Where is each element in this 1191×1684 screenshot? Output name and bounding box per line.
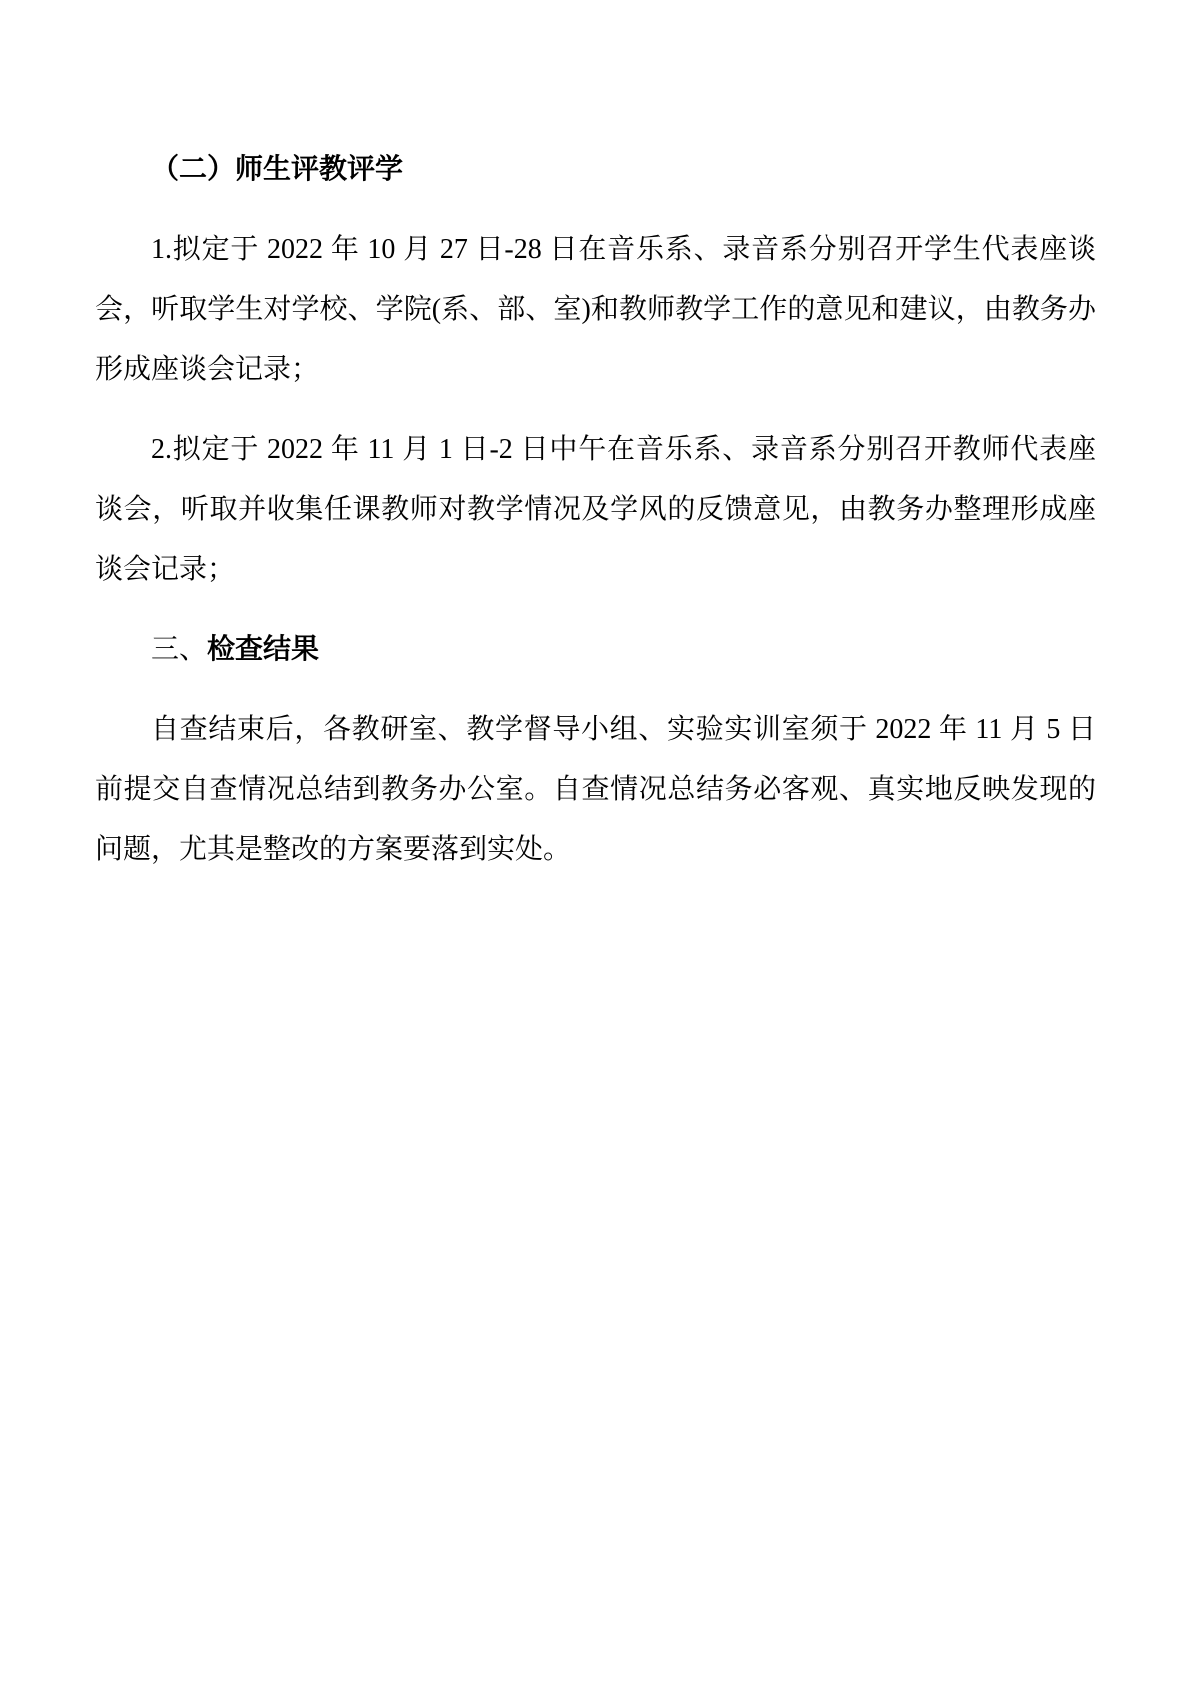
paragraph-self-check-summary: 自查结束后，各教研室、教学督导小组、实验实训室须于 2022 年 11 月 5 … [95, 700, 1096, 880]
paragraph-student-forum: 1.拟定于 2022 年 10 月 27 日-28 日在音乐系、录音系分别召开学… [95, 220, 1096, 400]
section-heading-text: （二）师生评教评学 [151, 154, 403, 185]
document-page: （二）师生评教评学 1.拟定于 2022 年 10 月 27 日-28 日在音乐… [0, 0, 1191, 1684]
section-heading-number: 三、 [151, 634, 207, 665]
section-heading-teacher-student-evaluation: （二）师生评教评学 [95, 140, 1096, 200]
paragraph-teacher-forum: 2.拟定于 2022 年 11 月 1 日-2 日中午在音乐系、录音系分别召开教… [95, 420, 1096, 600]
section-heading-text: 检查结果 [207, 634, 319, 665]
section-heading-inspection-results: 三、检查结果 [95, 620, 1096, 680]
